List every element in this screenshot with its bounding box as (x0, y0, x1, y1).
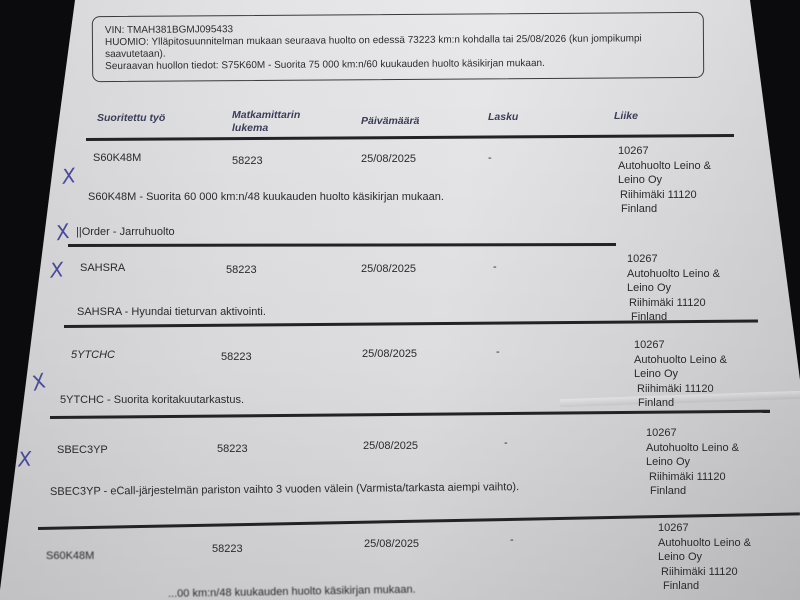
row-date: 25/08/2025 (361, 263, 416, 275)
row-shop: 10267 Autohuolto Leino & Leino Oy Riihim… (618, 144, 711, 217)
row-odometer: 58223 (221, 351, 252, 363)
row-date: 25/08/2025 (361, 153, 416, 165)
handwritten-check-mark: X (49, 257, 65, 282)
vehicle-info-box: VIN: TMAH381BGMJ095433 HUOMIO: Ylläpitos… (92, 12, 704, 82)
row-shop: 10267 Autohuolto Leino & Leino Oy Riihim… (646, 426, 739, 499)
header-work: Suoritettu työ (97, 112, 165, 125)
row-code: SAHSRA (80, 262, 125, 274)
row-shop: 10267 Autohuolto Leino & Leino Oy Riihim… (634, 338, 727, 411)
row-date: 25/08/2025 (363, 440, 418, 452)
row-date: 25/08/2025 (364, 538, 419, 550)
row-code: SBEC3YP (57, 444, 108, 456)
handwritten-check-mark: X (17, 447, 32, 472)
row-description: S60K48M - Suorita 60 000 km:n/48 kuukaud… (88, 191, 444, 203)
header-odometer: Matkamittarin lukema (232, 109, 312, 135)
handwritten-check-mark: X (60, 163, 77, 189)
row-invoice: - (510, 534, 514, 546)
row-invoice: - (504, 437, 508, 449)
row-odometer: 58223 (226, 264, 257, 276)
row-odometer: 58223 (212, 543, 243, 555)
row-code: S60K48M (93, 152, 141, 164)
row-shop: 10267 Autohuolto Leino & Leino Oy Riihim… (627, 252, 720, 325)
row-code: S60K48M (46, 550, 94, 562)
row-invoice: - (488, 152, 492, 164)
row-date: 25/08/2025 (362, 348, 417, 360)
row-odometer: 58223 (217, 443, 248, 455)
row-description: SAHSRA - Hyundai tieturvan aktivointi. (77, 306, 266, 318)
header-invoice: Lasku (488, 111, 518, 124)
row-description: 5YTCHC - Suorita koritakuutarkastus. (60, 394, 244, 406)
row-code: 5YTCHC (71, 349, 115, 361)
row-shop: 10267 Autohuolto Leino & Leino Oy Riihim… (658, 521, 751, 594)
header-date: Päivämäärä (361, 115, 419, 128)
row-invoice: - (496, 346, 500, 358)
row-odometer: 58223 (232, 155, 263, 167)
header-shop: Liike (614, 110, 638, 123)
row-extra-order: ||Order - Jarruhuolto (76, 226, 175, 238)
row-invoice: - (493, 261, 497, 273)
